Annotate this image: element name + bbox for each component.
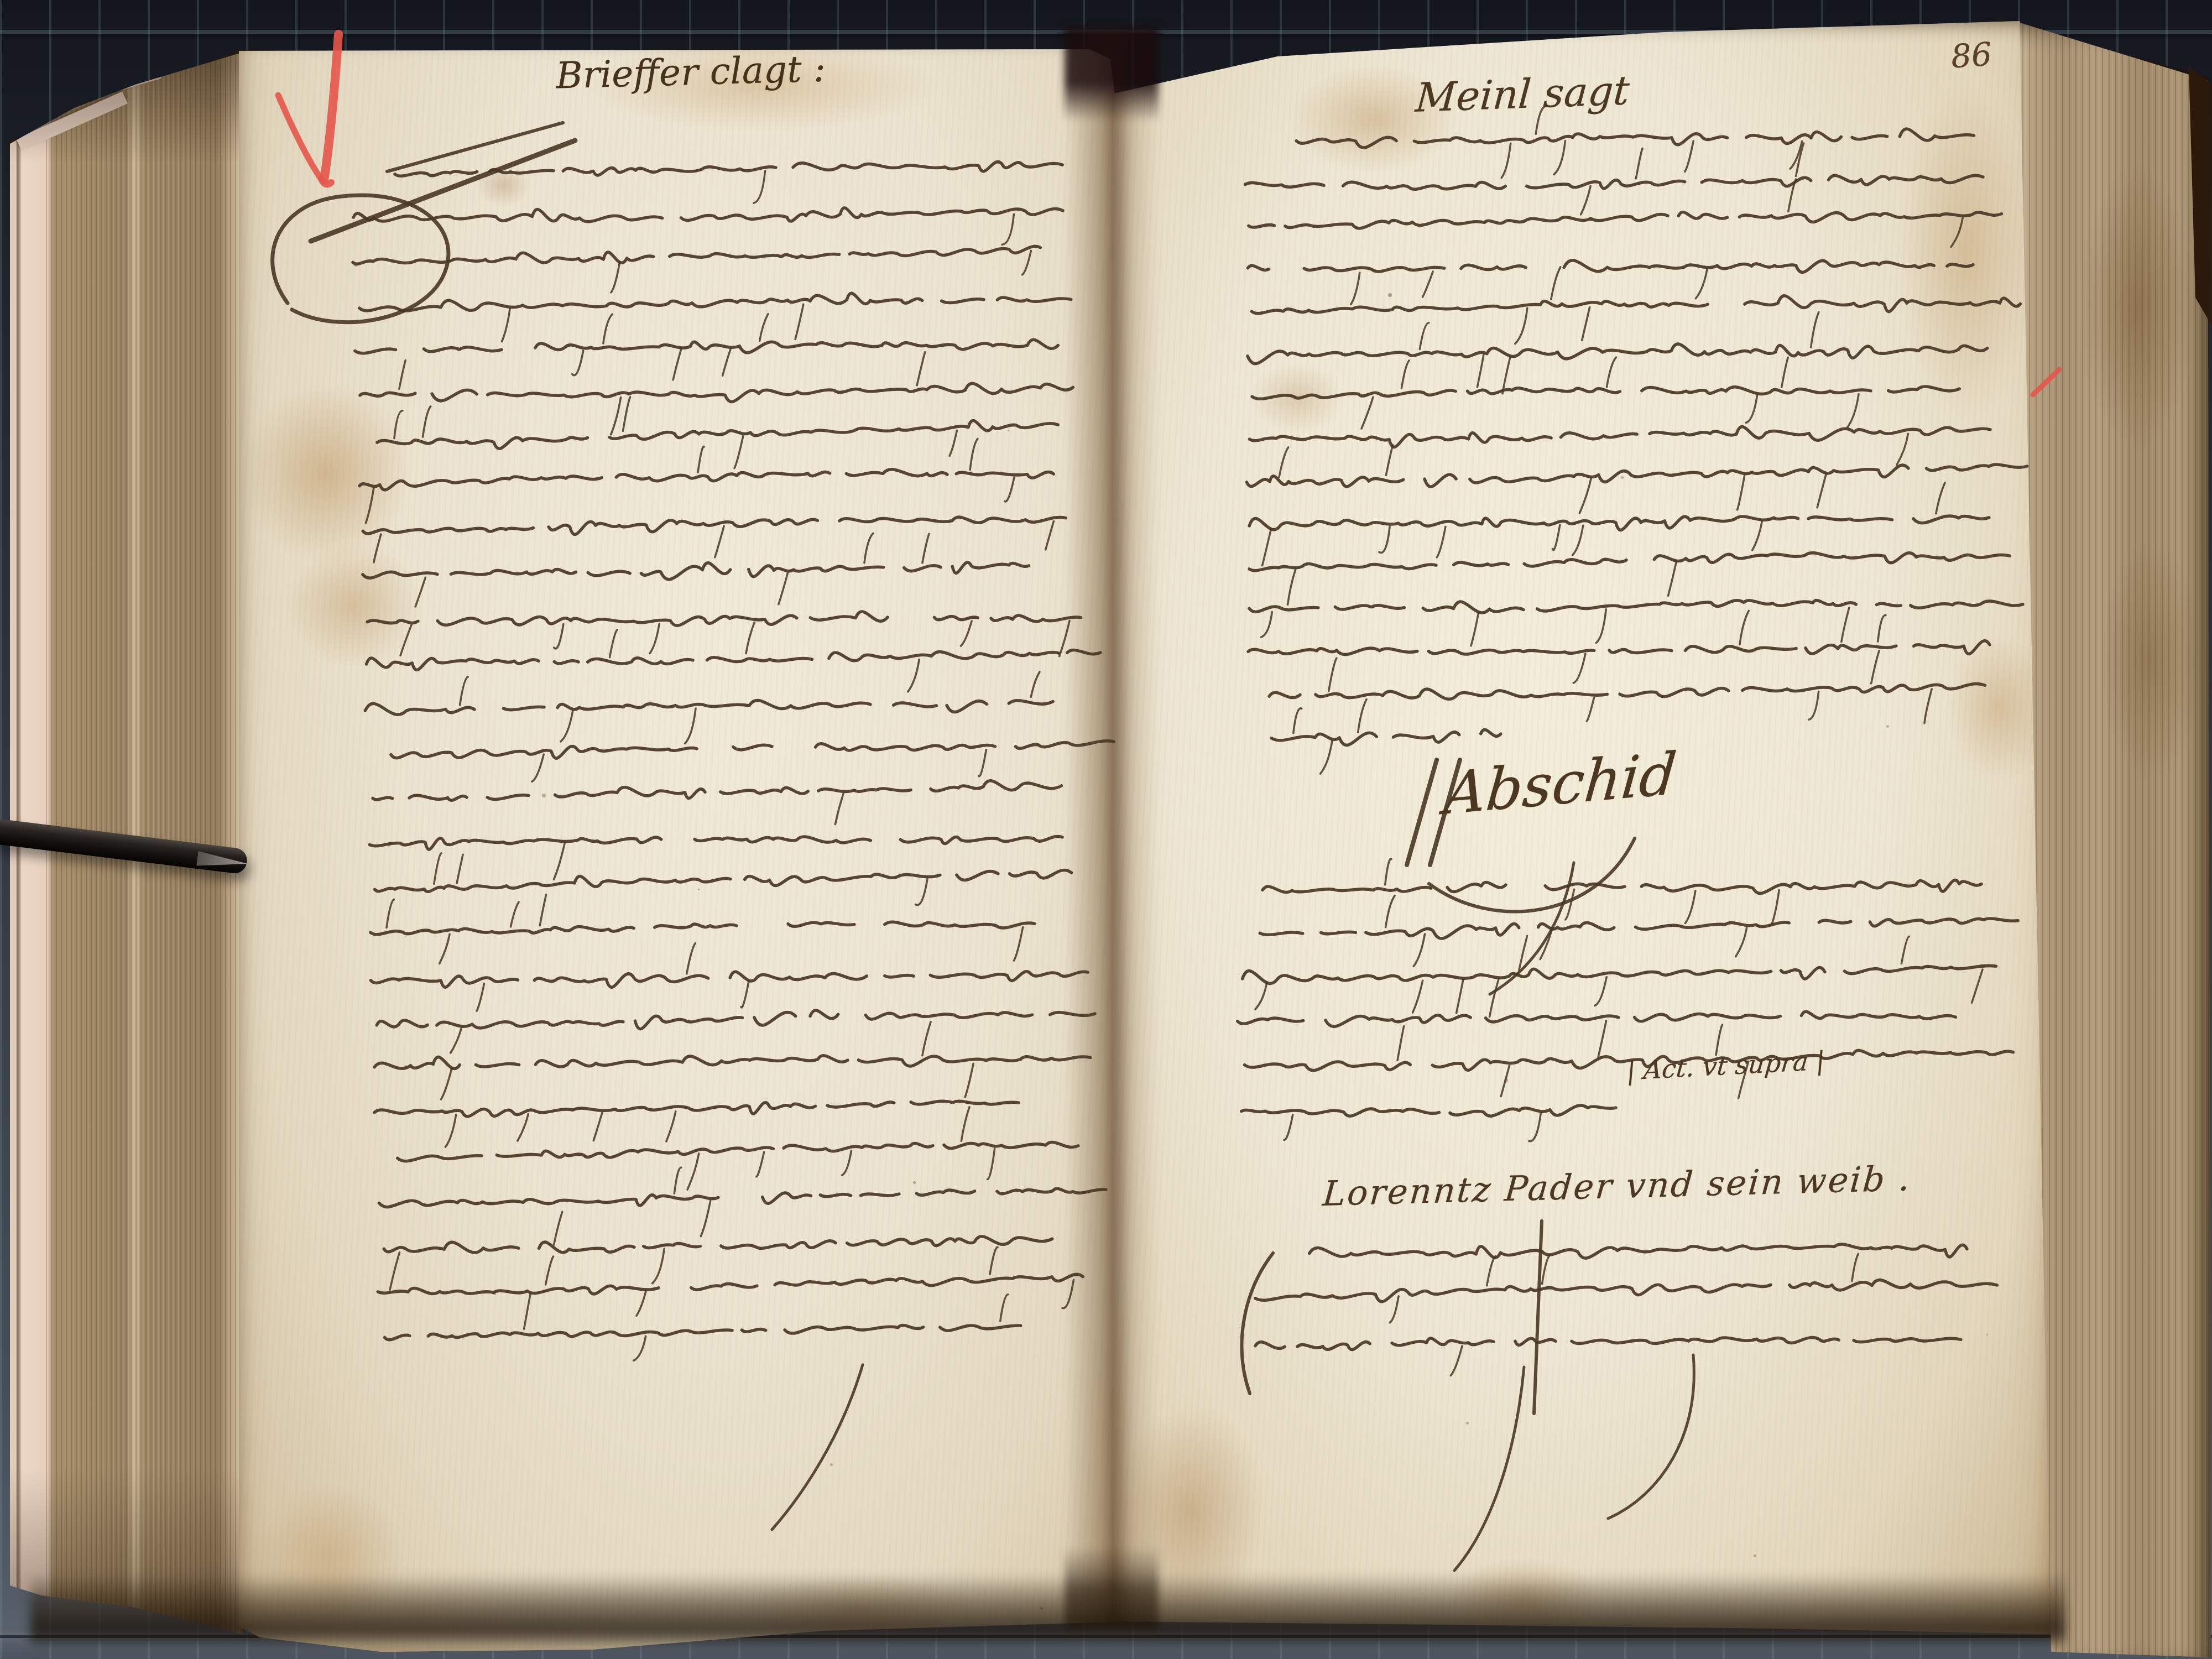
handwriting-left-body bbox=[353, 162, 1114, 1361]
left-page-heading: Brieffer clagt : bbox=[555, 48, 826, 97]
right-page-heading: Meinl sagt bbox=[1414, 67, 1631, 121]
check-right-stroke bbox=[324, 34, 338, 180]
fore-edge-tick bbox=[2033, 369, 2059, 395]
handwriting-right-para-1 bbox=[1245, 107, 2027, 774]
handwriting-right-para-3 bbox=[1255, 1244, 1997, 1375]
ink-flourishes bbox=[273, 123, 1694, 1571]
folio-number: 86 bbox=[1950, 35, 1993, 76]
handwriting-layer bbox=[0, 0, 2212, 1659]
check-left-stroke bbox=[278, 95, 321, 179]
handwriting-right-para-2 bbox=[1238, 859, 2018, 1141]
manuscript-photo: Brieffer clagt : Meinl sagt 86 Abschid |… bbox=[0, 0, 2212, 1659]
